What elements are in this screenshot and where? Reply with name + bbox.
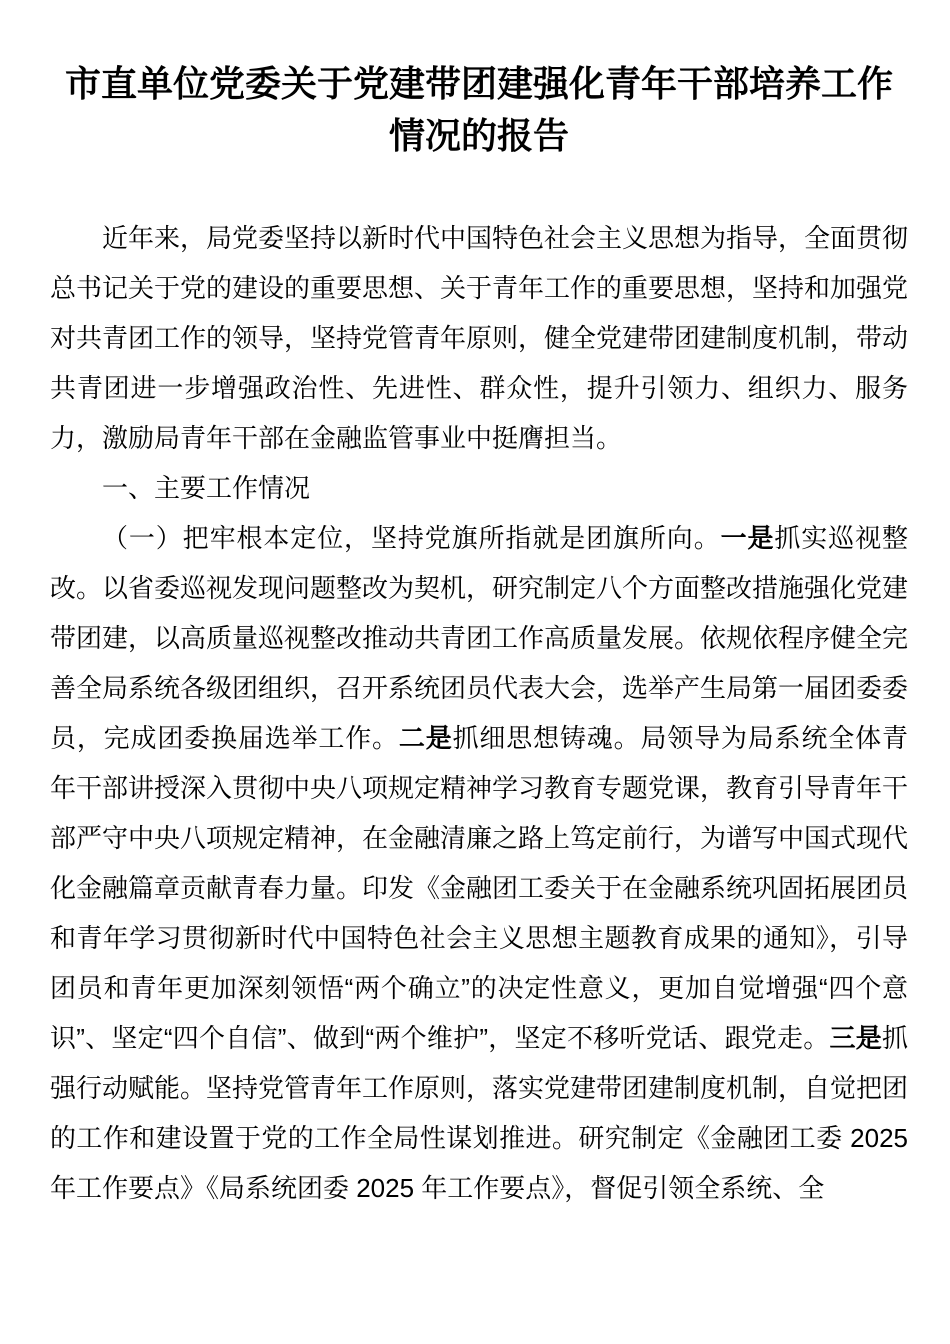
- report-title: 市直单位党委关于党建带团建强化青年干部培养工作情况的报告: [50, 58, 908, 162]
- section-heading: 一、主要工作情况: [50, 463, 908, 513]
- bold-text-run: 二是: [399, 723, 453, 753]
- section-1-paragraph: （一）把牢根本定位，坚持党旗所指就是团旗所向。一是抓实巡视整改。以省委巡视发现问…: [50, 513, 908, 1213]
- text-run: 一、主要工作情况: [102, 473, 310, 503]
- bold-text-run: 三是: [829, 1023, 882, 1053]
- intro-paragraph: 近年来，局党委坚持以新时代中国特色社会主义思想为指导，全面贯彻总书记关于党的建设…: [50, 213, 908, 463]
- text-run: 近年来，局党委坚持以新时代中国特色社会主义思想为指导，全面贯彻总书记关于党的建设…: [50, 223, 908, 453]
- bold-text-run: 一是: [721, 523, 775, 553]
- document-page: 市直单位党委关于党建带团建强化青年干部培养工作情况的报告 近年来，局党委坚持以新…: [0, 0, 950, 1344]
- text-run: 抓实巡视整改。以省委巡视发现问题整改为契机，研究制定八个方面整改措施强化党建带团…: [50, 523, 908, 753]
- text-run: 抓细思想铸魂。局领导为局系统全体青年干部讲授深入贯彻中央八项规定精神学习教育专题…: [50, 723, 908, 1053]
- text-run: （一）把牢根本定位，坚持党旗所指就是团旗所向。: [102, 523, 721, 553]
